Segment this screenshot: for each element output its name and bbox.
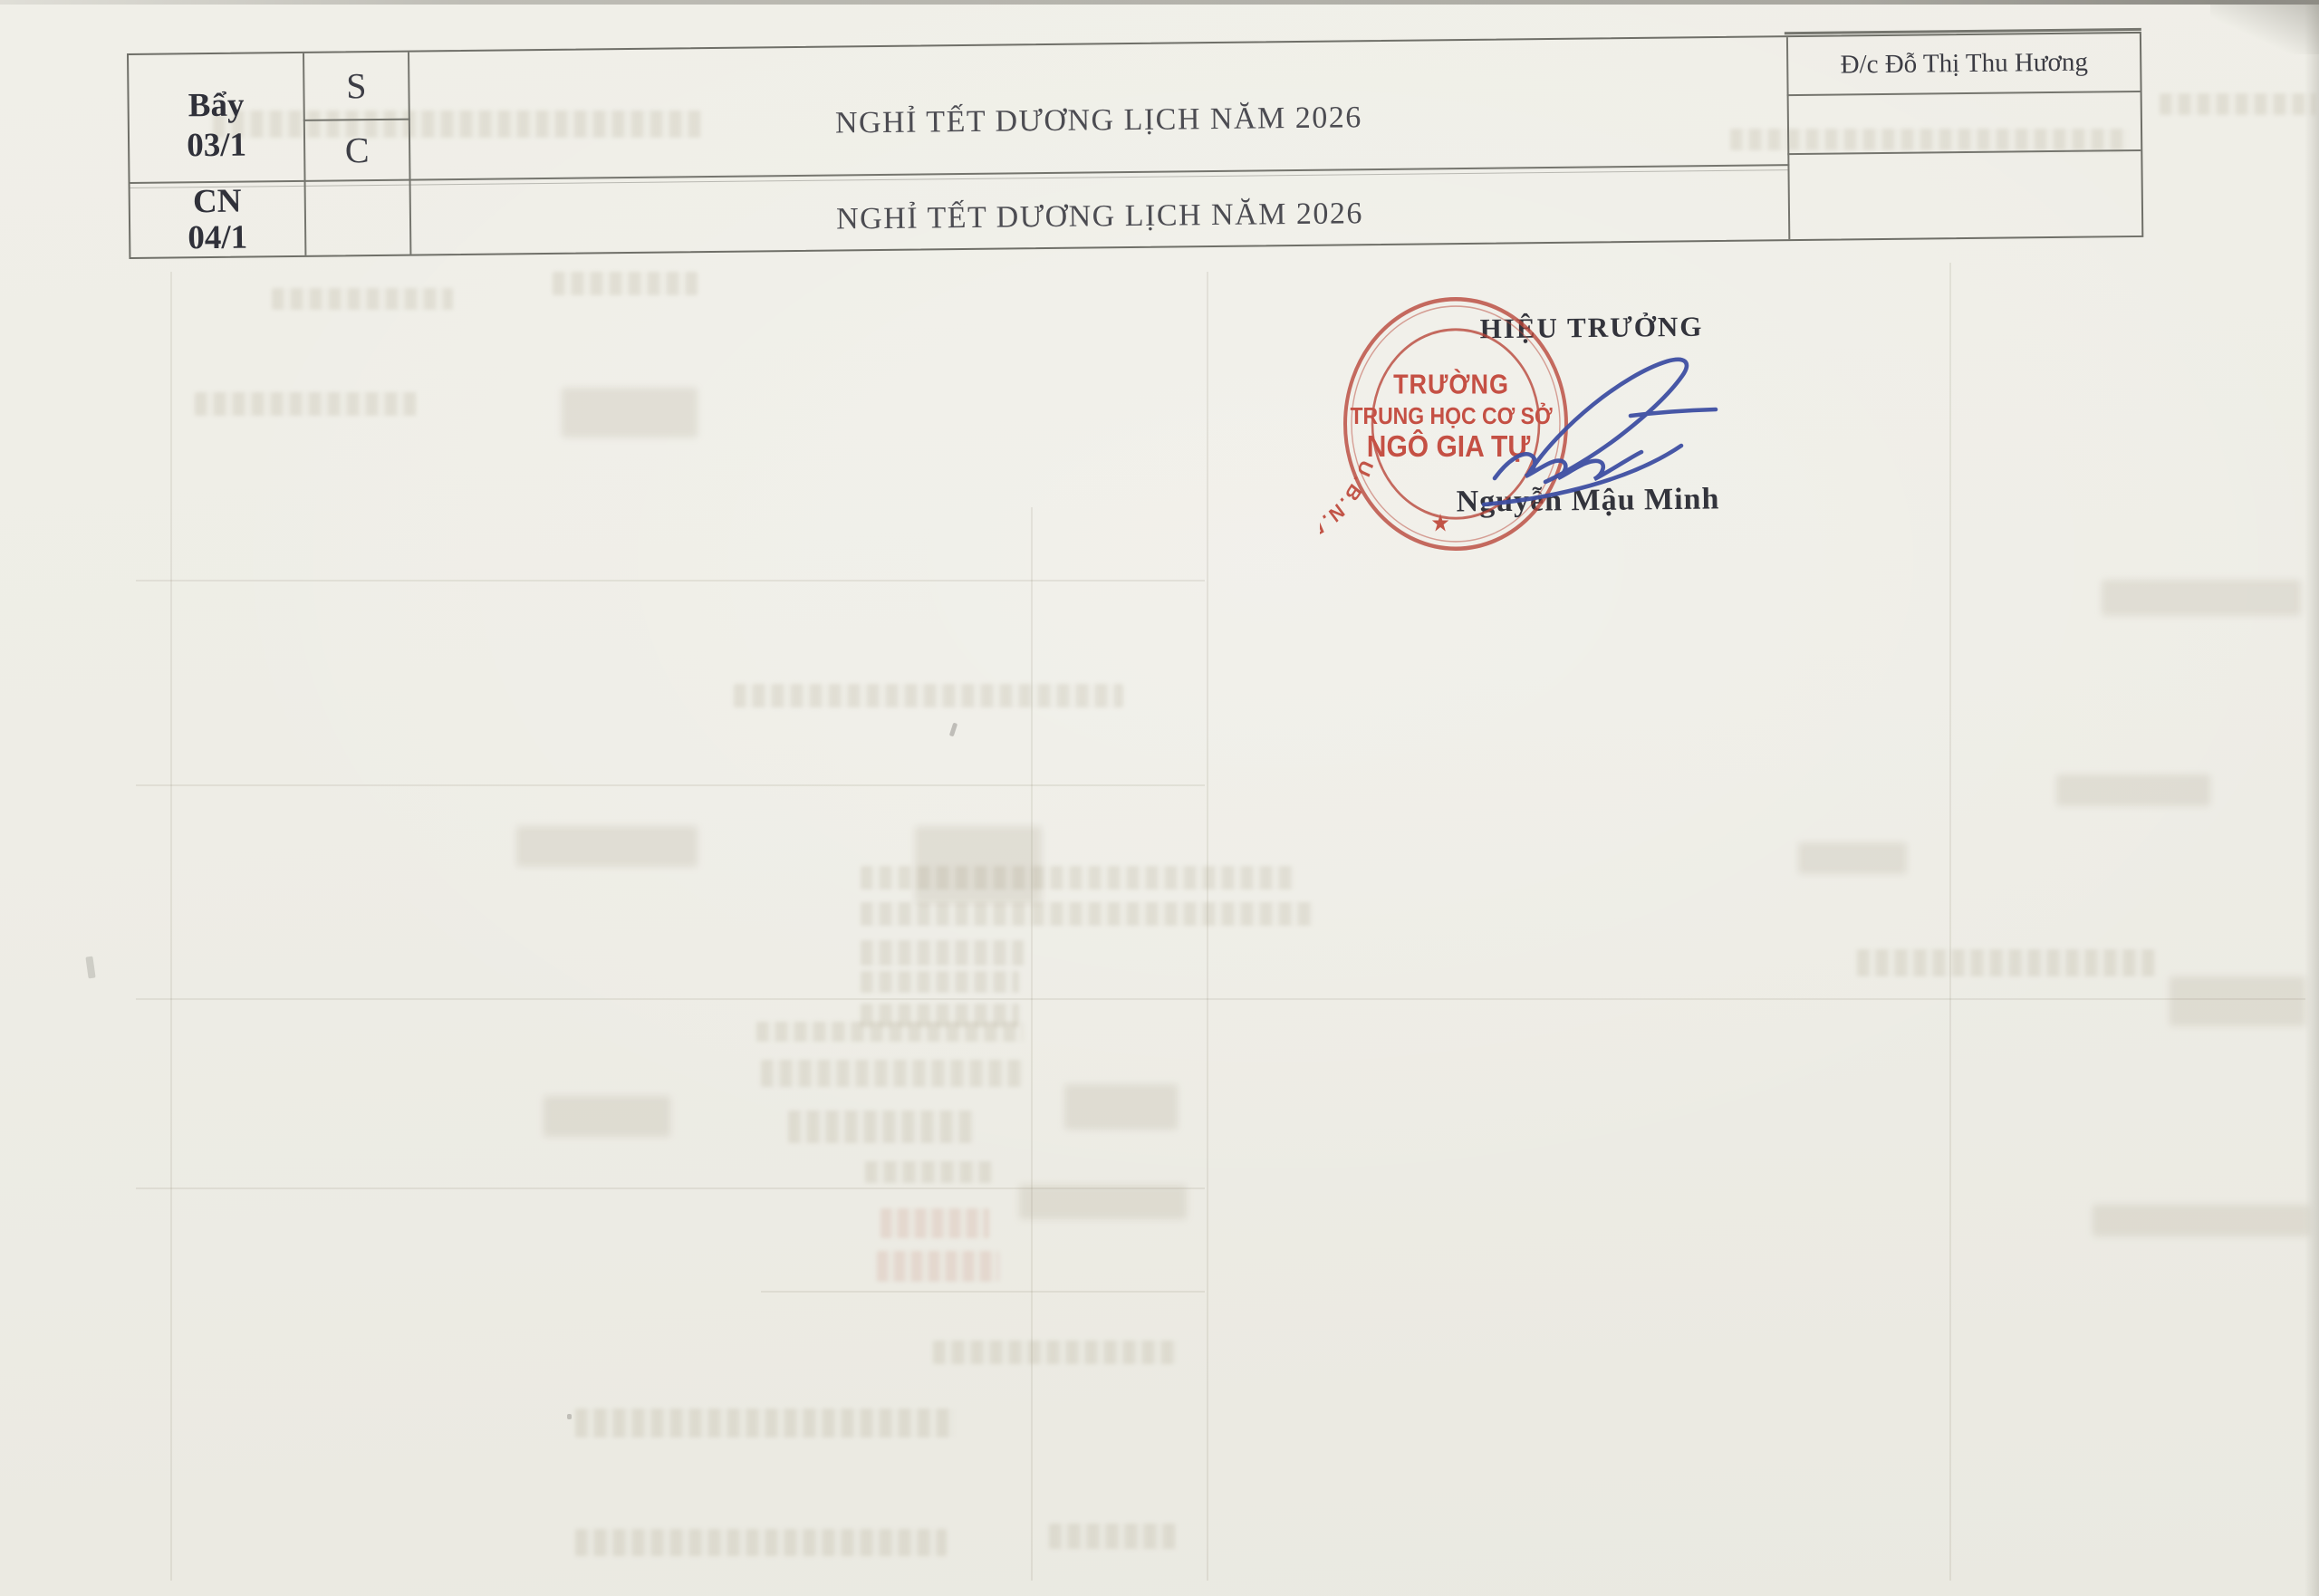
day-cell: Bẩy 03/1 bbox=[129, 53, 304, 182]
bleedthrough-line bbox=[1207, 272, 1208, 1581]
bleedthrough-ghost bbox=[1049, 1524, 1176, 1549]
activity-cell: NGHỈ TẾT DƯƠNG LỊCH NĂM 2026 bbox=[411, 166, 1789, 254]
bleedthrough-ghost bbox=[1857, 949, 2156, 976]
bleedthrough-ghost bbox=[933, 1341, 1178, 1364]
schedule-table: Bẩy 03/1 S C NGHỈ TẾT DƯƠNG LỊCH NĂM 202… bbox=[127, 32, 2143, 259]
bleedthrough-ghost bbox=[2093, 1205, 2310, 1236]
star-icon: ★ bbox=[1430, 509, 1450, 537]
bleedthrough-ghost bbox=[2056, 774, 2210, 806]
scan-corner-shadow bbox=[2210, 0, 2319, 54]
bleedthrough-ghost bbox=[761, 1060, 1024, 1087]
bleedthrough-ghost bbox=[861, 971, 1019, 993]
activity-text: NGHỈ TẾT DƯƠNG LỊCH NĂM 2026 bbox=[836, 197, 1363, 236]
scan-top-edge bbox=[0, 0, 2319, 5]
day-date: 03/1 bbox=[187, 126, 246, 167]
bleedthrough-ghost bbox=[195, 392, 417, 416]
bleedthrough-ghost bbox=[861, 866, 1295, 889]
assignee-name: Đ/c Đỗ Thị Thu Hương bbox=[1840, 48, 2088, 81]
activity-cell: NGHỈ TẾT DƯƠNG LỊCH NĂM 2026 bbox=[409, 37, 1787, 178]
bleedthrough-ghost bbox=[272, 288, 453, 310]
bleedthrough-line bbox=[136, 998, 2305, 1000]
bleedthrough-line bbox=[170, 272, 172, 1581]
bleedthrough-ghost bbox=[544, 1096, 670, 1137]
bleedthrough-ghost bbox=[788, 1110, 974, 1143]
signature-ink bbox=[1449, 344, 1739, 516]
table-line bbox=[1787, 149, 2141, 155]
bleedthrough-ghost bbox=[1798, 842, 1907, 874]
bleedthrough-ghost bbox=[575, 1529, 947, 1556]
bleedthrough-ghost bbox=[2160, 93, 2315, 115]
bleedthrough-ghost bbox=[2170, 976, 2305, 1026]
bleedthrough-ghost bbox=[1019, 1185, 1187, 1219]
bleedthrough-line bbox=[136, 580, 1205, 582]
day-name: CN bbox=[193, 183, 242, 220]
bleedthrough-ghost bbox=[861, 902, 1313, 926]
ink-speck bbox=[567, 1414, 572, 1419]
bleedthrough-ghost bbox=[575, 1409, 956, 1437]
bleedthrough-ghost bbox=[516, 826, 698, 867]
bleedthrough-ghost bbox=[915, 826, 1042, 903]
bleedthrough-ghost bbox=[877, 1251, 999, 1282]
bleedthrough-line bbox=[1031, 507, 1033, 1581]
bleedthrough-line bbox=[761, 1291, 1205, 1293]
bleedthrough-ghost bbox=[562, 388, 698, 437]
bleedthrough-ghost bbox=[880, 1208, 989, 1238]
bleedthrough-ghost bbox=[1064, 1084, 1178, 1130]
ink-speck bbox=[85, 957, 95, 979]
bleedthrough-line bbox=[136, 784, 1205, 786]
day-cell: CN 04/1 bbox=[130, 182, 305, 257]
assignee-cell: Đ/c Đỗ Thị Thu Hương bbox=[1788, 34, 2141, 94]
bleedthrough-ghost bbox=[865, 1161, 992, 1183]
bleedthrough-ghost bbox=[756, 1022, 1024, 1042]
session-morning-label: S bbox=[346, 64, 367, 107]
session-afternoon-cell: C bbox=[305, 120, 409, 180]
day-date: 04/1 bbox=[188, 219, 247, 256]
bleedthrough-ghost bbox=[861, 940, 1024, 966]
session-afternoon-label: C bbox=[345, 129, 370, 171]
bleedthrough-ghost bbox=[553, 272, 698, 295]
ink-speck bbox=[949, 723, 957, 737]
session-morning-cell: S bbox=[304, 53, 409, 120]
scan-right-edge bbox=[2305, 0, 2319, 1596]
day-name: Bẩy bbox=[188, 86, 245, 127]
bleedthrough-ghost bbox=[734, 684, 1123, 707]
bleedthrough-line bbox=[1949, 263, 1951, 1581]
activity-text: NGHỈ TẾT DƯƠNG LỊCH NĂM 2026 bbox=[835, 101, 1362, 140]
bleedthrough-ghost bbox=[2102, 580, 2301, 616]
